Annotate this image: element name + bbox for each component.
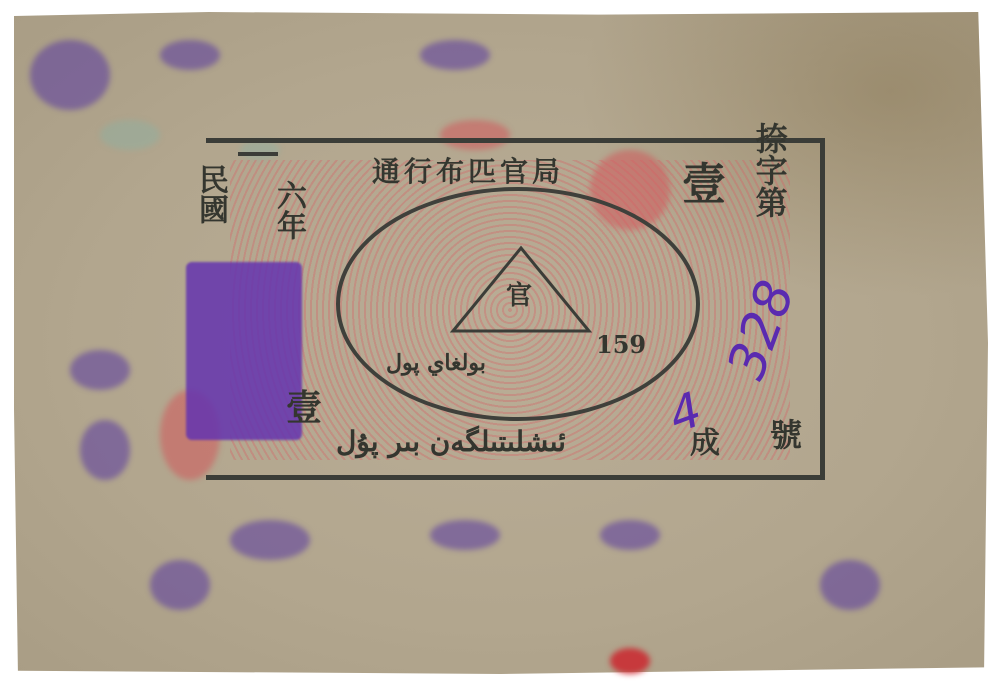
purple-stamp [186, 262, 302, 440]
purple-stain [160, 40, 220, 70]
purple-stain [80, 420, 130, 480]
denomination-left: 壹 [286, 380, 322, 431]
purple-stain [820, 560, 880, 610]
oval-date: 159 [596, 330, 646, 359]
issuer-name: 通行布匹官局 [372, 150, 564, 190]
year-label: 六年 [266, 180, 310, 240]
purple-stain [430, 520, 500, 550]
purple-stain [420, 40, 490, 70]
purple-stain [230, 520, 310, 560]
serial-suffix: 號 [770, 410, 802, 456]
frame-top-left-mark [238, 152, 278, 156]
green-stain [100, 120, 160, 150]
purple-stain [600, 520, 660, 550]
purple-stain [150, 560, 210, 610]
red-spot [610, 648, 650, 674]
purple-stain [70, 350, 130, 390]
uyghur-text: ئىشلىتىلگەن بىر پۇل [336, 425, 566, 458]
serial-prefix: 捺字第 [752, 122, 786, 218]
oval-script: بولغاي پول [386, 350, 486, 376]
purple-stain [30, 40, 110, 110]
triangle-character: 官 [506, 275, 532, 312]
denomination-right: 壹 [682, 148, 726, 212]
era-label: 民國 [194, 164, 227, 224]
